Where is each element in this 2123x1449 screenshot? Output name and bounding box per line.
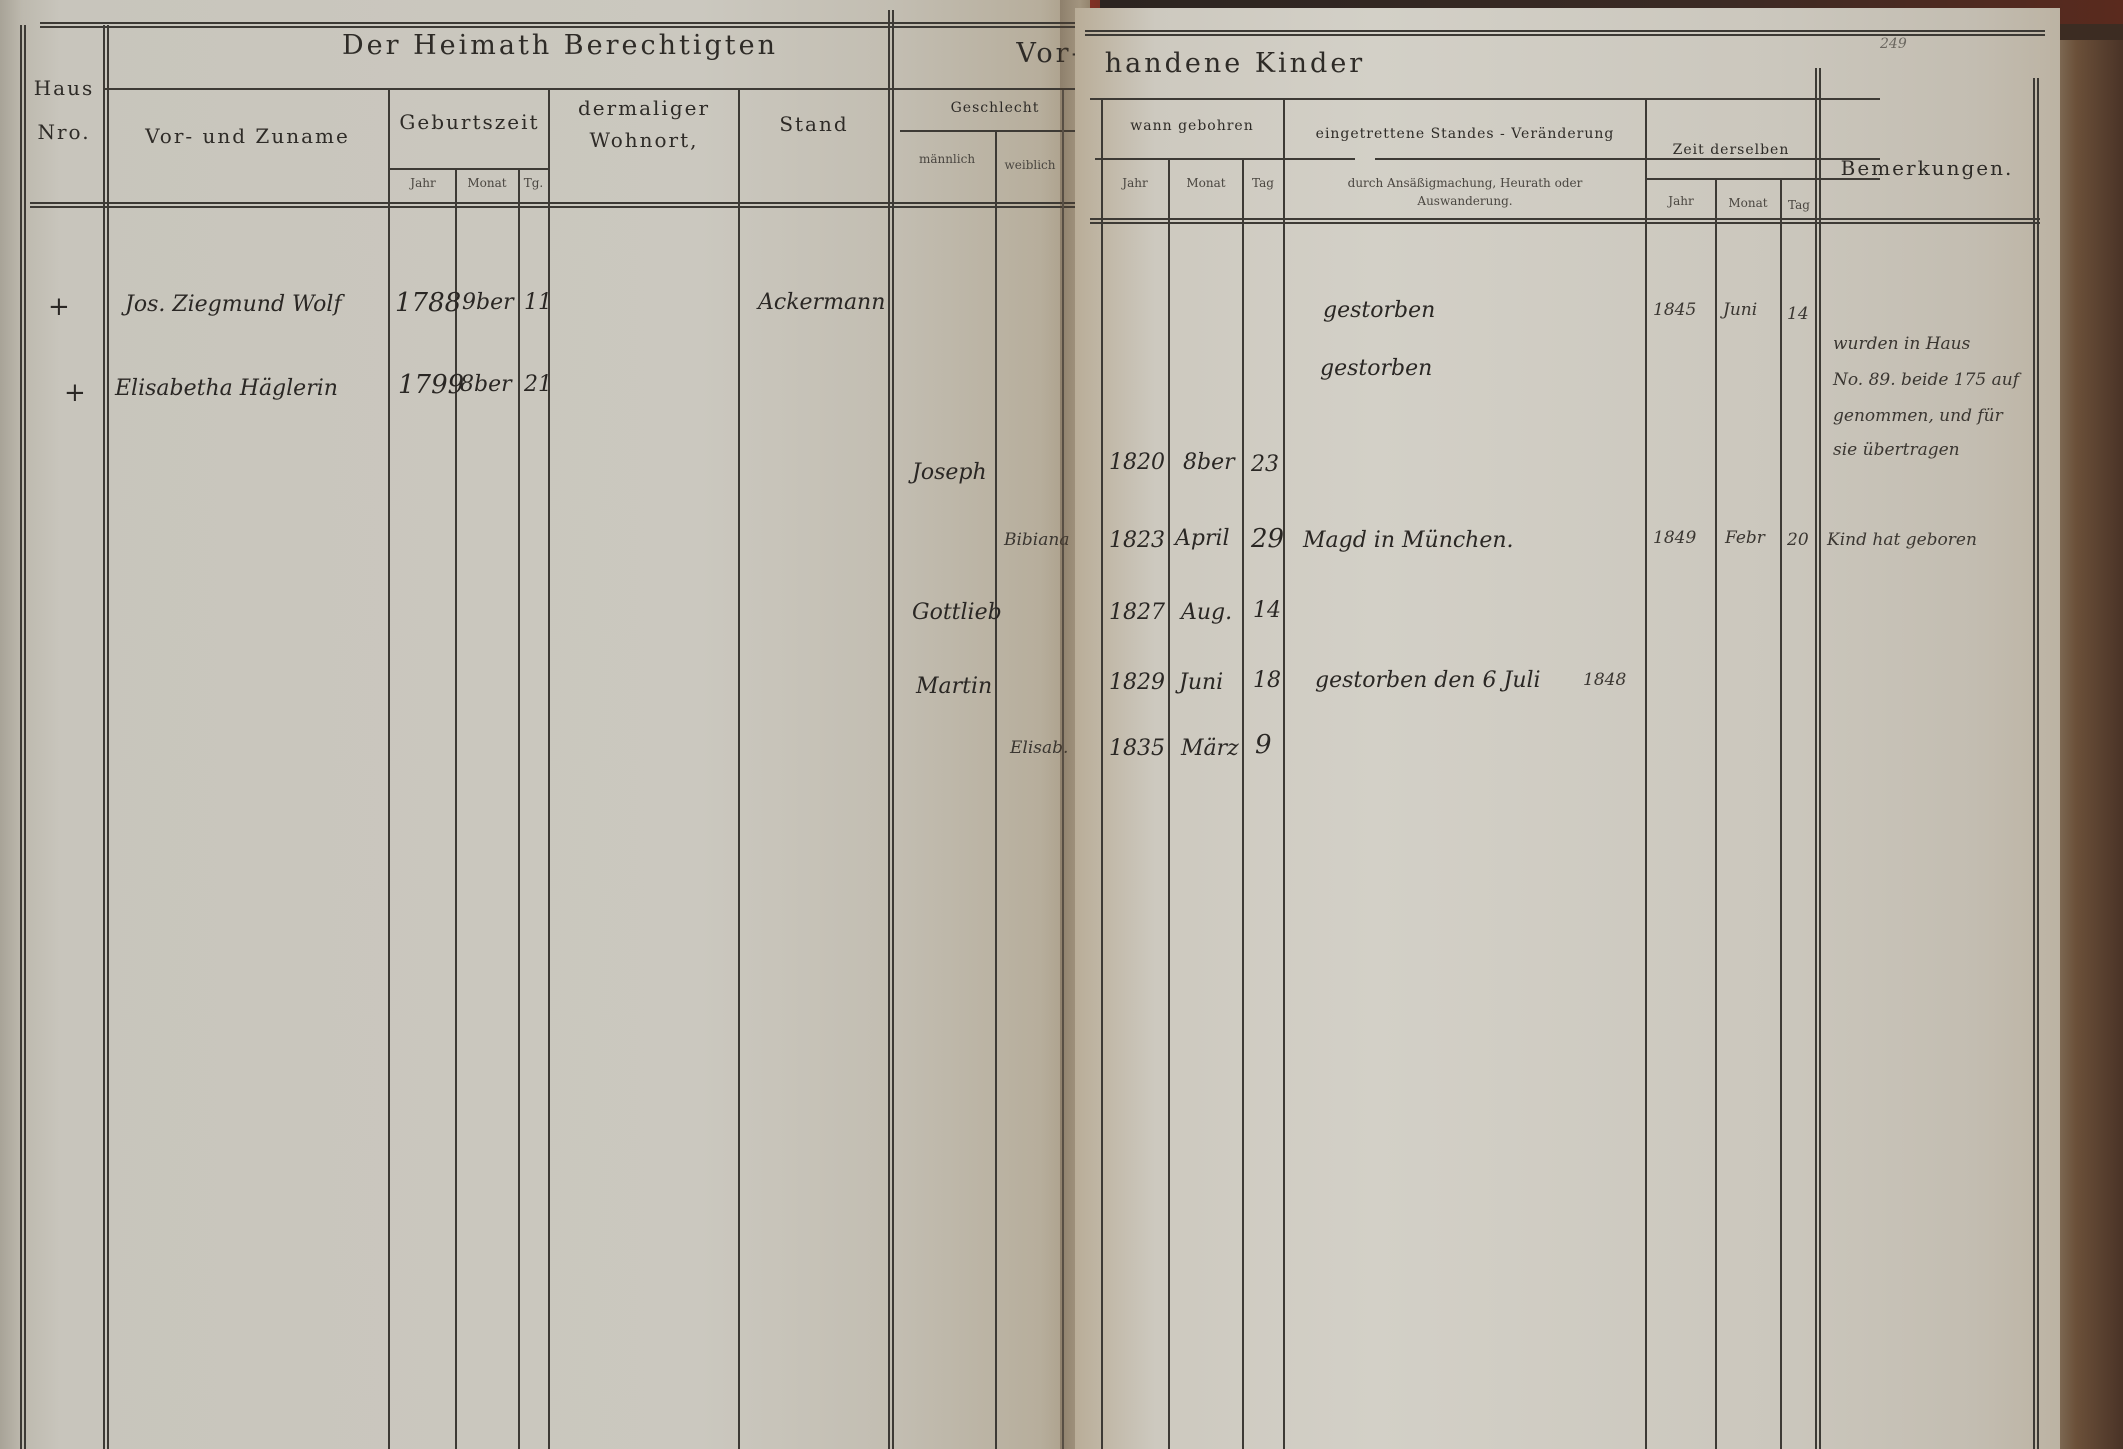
header-nro: Nro. [28, 120, 100, 144]
wann-subrule [1095, 158, 1355, 160]
entry-name: Elisabetha Häglerin [115, 376, 338, 401]
header-veraenderung-sub2: Auswanderung. [1287, 194, 1643, 208]
header-name: Vor- und Zuname [110, 124, 385, 148]
header-haus: Haus [28, 76, 100, 100]
header-tag: Tag [1245, 176, 1281, 190]
page-number: 249 [1880, 36, 1907, 52]
monat-column-rule [1242, 158, 1244, 1449]
jahr-column-rule [455, 168, 457, 1449]
father-status-change: gestorben [1323, 298, 1435, 323]
veraenderung-column-rule [1645, 100, 1647, 1449]
child-birth-year: 1823 [1109, 528, 1165, 553]
child-change-year: 1848 [1583, 670, 1626, 690]
header-geburtszeit: Geburtszeit [392, 110, 547, 134]
deceased-mark: + [64, 378, 86, 408]
title-underline [105, 88, 1090, 90]
child-birth-month: März [1181, 736, 1239, 761]
monat-column-rule [518, 168, 520, 1449]
child-change-month: Febr [1725, 528, 1765, 548]
header-stand: Stand [742, 112, 886, 136]
remark-line: No. 89. beide 175 auf [1833, 370, 2019, 390]
header-zeit-tag: Tag [1783, 198, 1815, 212]
child-birth-day: 23 [1251, 452, 1279, 477]
child-birth-day: 14 [1253, 598, 1281, 623]
child-birth-month: Aug. [1181, 600, 1232, 625]
header-zeit-jahr: Jahr [1649, 194, 1713, 208]
child-birth-month: April [1175, 526, 1230, 551]
child-birth-day: 29 [1251, 524, 1284, 554]
child-birth-day: 9 [1255, 730, 1272, 760]
entry-birth-day: 11 [524, 290, 552, 315]
haus-column-rule [103, 25, 109, 1449]
top-rule [1085, 30, 2045, 36]
entry-birth-year: 1788 [395, 288, 461, 318]
remark-line: genommen, und für [1833, 406, 2003, 426]
child-birth-day: 18 [1253, 668, 1281, 693]
name-column-rule [388, 90, 390, 1449]
left-margin-rule [20, 25, 26, 1449]
remark-line: wurden in Haus [1833, 334, 1970, 354]
child-birth-month: 8ber [1183, 450, 1235, 475]
jahr-column-rule [1168, 158, 1170, 1449]
header-zeit-derselben: Zeit derselben [1649, 142, 1813, 158]
header-maennlich: männlich [900, 152, 994, 166]
wohnort-column-rule [738, 90, 740, 1449]
header-weiblich: weiblich [998, 158, 1062, 172]
header-bottom-rule [1090, 218, 2040, 224]
child-change-day: 20 [1787, 530, 1809, 550]
entry-name: Jos. Ziegmund Wolf [125, 292, 342, 317]
geburtszeit-subrule [390, 168, 550, 170]
section-title-kinder: handene Kinder [1095, 48, 1375, 79]
section-title-heimath: Der Heimath Berechtigten [300, 30, 820, 61]
child-change-year: 1849 [1653, 528, 1696, 548]
left-page: Der Heimath Berechtigten Vor- Haus Nro. … [0, 0, 1090, 1449]
header-wohnort-line2: Wohnort, [552, 128, 736, 152]
child-remark: Kind hat geboren [1827, 530, 1977, 550]
header-wohnort-line1: dermaliger [552, 96, 736, 120]
child-status-change: Magd in München. [1303, 528, 1514, 553]
title-underline [1090, 98, 1880, 100]
top-rule [40, 22, 1090, 28]
deceased-mark: + [48, 292, 70, 322]
header-zeit-monat: Monat [1718, 196, 1778, 210]
entry-birth-day: 21 [524, 372, 552, 397]
zeit-monat-rule [1780, 178, 1782, 1449]
zeit-jahr-rule [1715, 178, 1717, 1449]
child-status-change: gestorben den 6 Juli [1315, 668, 1541, 693]
header-wann-gebohren: wann gebohren [1103, 118, 1281, 134]
open-register-book: Der Heimath Berechtigten Vor- Haus Nro. … [0, 0, 2123, 1449]
mother-status-change: gestorben [1320, 356, 1432, 381]
child-birth-year: 1835 [1109, 736, 1165, 761]
tag-column-rule [1283, 100, 1285, 1449]
entry-birth-month: 8ber [460, 372, 512, 397]
father-change-year: 1845 [1653, 300, 1696, 320]
child-birth-year: 1827 [1109, 600, 1165, 625]
header-veraenderung-sub1: durch Ansäßigmachung, Heurath oder [1287, 176, 1643, 190]
header-jahr: Jahr [392, 176, 454, 190]
veraenderung-subrule [1375, 158, 1880, 160]
bemerkungen-left-rule [1815, 68, 1821, 1449]
stand-column-rule [888, 10, 894, 1449]
header-monat: Monat [458, 176, 516, 190]
maennlich-column-rule [995, 130, 997, 1449]
child-birth-month: Juni [1179, 670, 1223, 695]
father-change-month: Juni [1723, 300, 1757, 320]
child-name-male: Martin [916, 674, 992, 699]
wann-left-rule [1101, 100, 1103, 1449]
header-monat: Monat [1171, 176, 1241, 190]
header-jahr: Jahr [1103, 176, 1167, 190]
header-tag: Tg. [520, 176, 547, 190]
father-change-day: 14 [1787, 304, 1809, 324]
remark-line: sie übertragen [1833, 440, 1960, 460]
child-name-male: Joseph [912, 460, 987, 485]
header-bottom-rule [30, 202, 1090, 208]
header-bemerkungen: Bemerkungen. [1823, 156, 2031, 180]
right-margin-rule [2033, 78, 2039, 1449]
entry-birth-year: 1799 [398, 370, 464, 400]
child-birth-year: 1829 [1109, 670, 1165, 695]
header-veraenderung: eingetrettene Standes - Veränderung [1287, 126, 1643, 142]
child-name-male: Gottlieb [912, 600, 1002, 625]
right-page: 249 handene Kinder wann gebohren Jahr Mo… [1075, 8, 2060, 1449]
child-birth-year: 1820 [1109, 450, 1165, 475]
entry-stand: Ackermann [758, 290, 885, 315]
entry-birth-month: 9ber [462, 290, 514, 315]
